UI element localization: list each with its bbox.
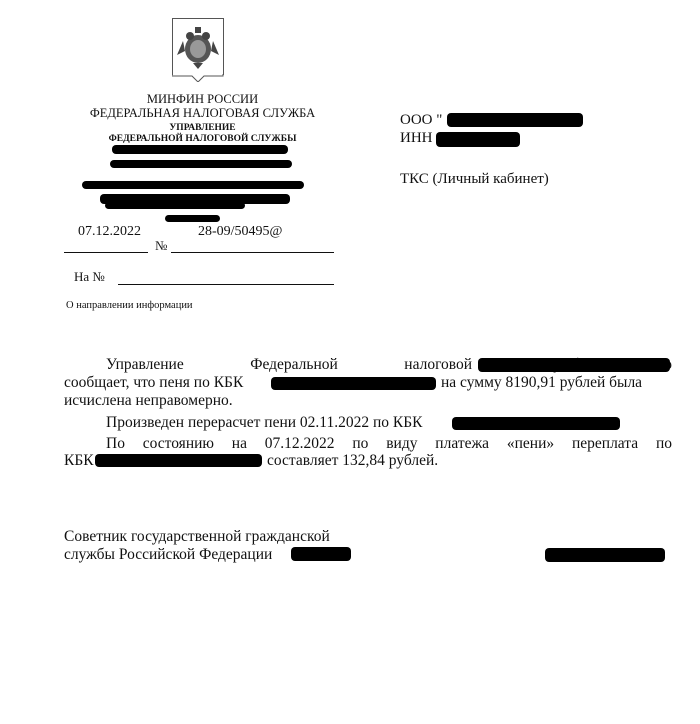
department-line1: УПРАВЛЕНИЕ [60,123,345,133]
ministry-name: МИНФИН РОССИИ [60,92,345,107]
redacted-kbk-2 [452,417,620,430]
date-underline [64,252,148,253]
delivery-channel: ТКС (Личный кабинет) [400,171,549,188]
paragraph-1-line-3: исчислена неправомерно. [64,392,672,410]
redacted-kbk-3 [95,454,262,467]
service-name: ФЕДЕРАЛЬНАЯ НАЛОГОВАЯ СЛУЖБА [60,106,345,121]
redacted-department-detail [110,160,292,168]
signer-title-line1: Советник государственной гражданской [64,528,330,546]
redacted-contacts-2 [105,202,245,209]
department-line2: ФЕДЕРАЛЬНОЙ НАЛОГОВОЙ СЛУЖБЫ [60,134,345,144]
redacted-org-name [447,113,583,127]
redacted-inn [436,132,520,147]
redacted-address [82,181,304,189]
reply-label: На № [74,269,105,285]
redacted-signer-name [545,548,665,562]
redacted-department-name [112,145,288,154]
redacted-region [478,358,670,372]
recipient-inn-label: ИНН [400,130,433,147]
redacted-website [165,215,220,222]
paragraph-3-line-1: По состоянию на 07.12.2022 по виду плате… [64,435,672,453]
emblem-shield-tip [172,74,224,82]
coat-of-arms-emblem [172,18,224,75]
number-label: № [155,238,167,254]
document-date: 07.12.2022 [78,224,141,240]
signer-title-line2: службы Российской Федерации [64,546,272,564]
redacted-signature [291,547,351,561]
subject: О направлении информации [66,300,193,311]
redacted-kbk-1 [271,377,436,390]
double-headed-eagle-icon [173,19,223,75]
reply-underline [118,284,334,285]
number-underline [171,252,334,253]
document-number: 28-09/50495@ [198,224,282,240]
